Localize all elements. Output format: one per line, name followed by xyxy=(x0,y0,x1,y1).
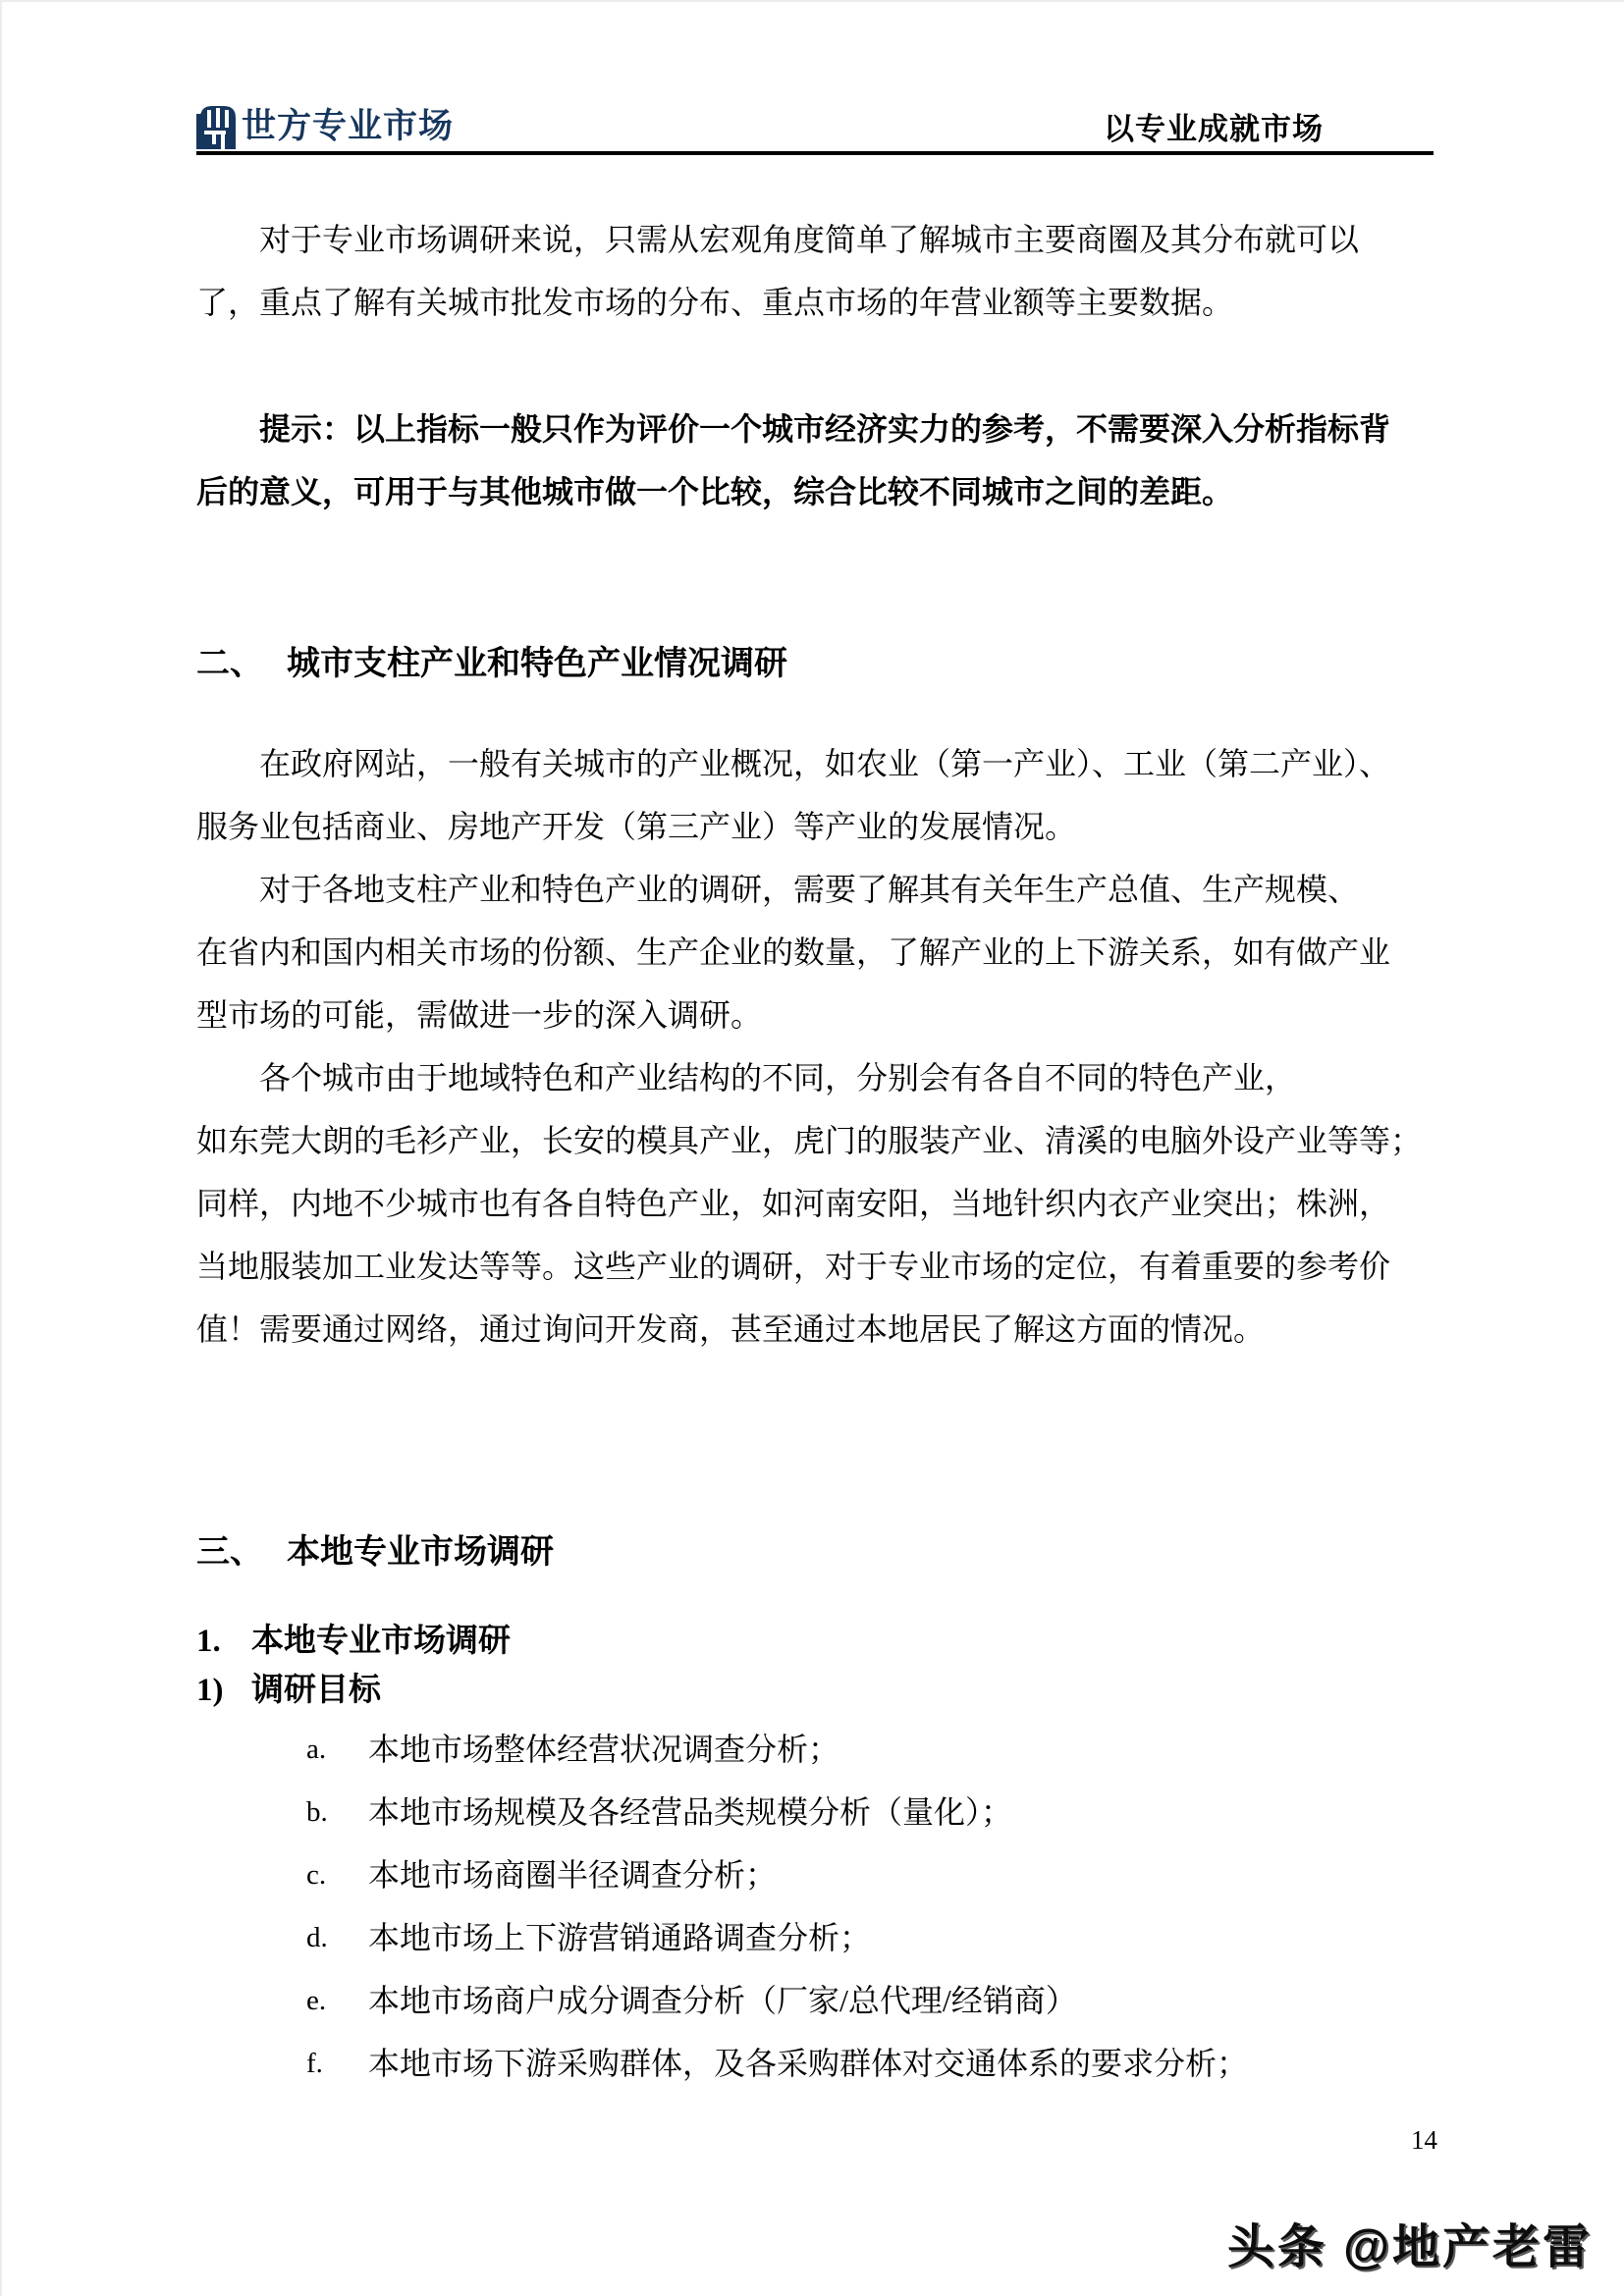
paragraph-line: 提示：以上指标一般只作为评价一个城市经济实力的参考，不需要深入分析指标背 xyxy=(196,398,1434,460)
company-logo: 世方专业市场 xyxy=(196,104,454,149)
subsection-heading-1: 1. 本地专业市场调研 xyxy=(196,1618,1434,1665)
list-item: b. 本地市场规模及各经营品类规模分析（量化）； xyxy=(306,1781,1434,1843)
paragraph-line: 当地服装加工业发达等等。这些产业的调研，对于专业市场的定位，有着重要的参考价 xyxy=(196,1235,1434,1298)
paragraph-line: 在省内和国内相关市场的份额、生产企业的数量，了解产业的上下游关系，如有做产业 xyxy=(196,921,1434,984)
paragraph-line: 对于各地支柱产业和特色产业的调研，需要了解其有关年生产总值、生产规模、 xyxy=(196,858,1434,921)
list-item-text: 本地市场规模及各经营品类规模分析（量化）； xyxy=(368,1781,1012,1843)
paragraph-line: 如东莞大朗的毛衫产业，长安的模具产业，虎门的服装产业、清溪的电脑外设产业等等； xyxy=(196,1109,1434,1172)
section-title: 本地专业市场调研 xyxy=(287,1529,554,1576)
header-slogan: 以专业成就市场 xyxy=(1104,110,1324,149)
list-item: f. 本地市场下游采购群体，及各采购群体对交通体系的要求分析； xyxy=(306,2032,1434,2095)
list-item-letter: e. xyxy=(306,1969,368,2032)
list-item: d. 本地市场上下游营销通路调查分析； xyxy=(306,1906,1434,1969)
section-title: 城市支柱产业和特色产业情况调研 xyxy=(287,641,787,688)
paragraph-line: 服务业包括商业、房地产开发（第三产业）等产业的发展情况。 xyxy=(196,795,1434,858)
shifang-logo-icon xyxy=(196,104,240,149)
page-number: 14 xyxy=(1411,2124,1437,2156)
section-heading-2: 二、 城市支柱产业和特色产业情况调研 xyxy=(196,641,1434,688)
subsection-number: 1) xyxy=(196,1667,251,1714)
subsection-number: 1. xyxy=(196,1618,251,1665)
list-item-letter: f. xyxy=(306,2032,368,2095)
section-number: 二、 xyxy=(196,641,287,688)
list-item-letter: d. xyxy=(306,1906,368,1969)
subsection-title: 本地专业市场调研 xyxy=(251,1618,511,1665)
list-item-text: 本地市场商圈半径调查分析； xyxy=(368,1843,777,1906)
toutiao-watermark: 头条 @地产老雷 xyxy=(1227,2209,1593,2276)
page-header: 世方专业市场 以专业成就市场 xyxy=(196,2,1434,155)
list-item: e. 本地市场商户成分调查分析（厂家/总代理/经销商） xyxy=(306,1969,1434,2032)
document-page: 世方专业市场 以专业成就市场 对于专业市场调研来说，只需从宏观角度简单了解城市主… xyxy=(0,0,1624,2296)
list-item-text: 本地市场整体经营状况调查分析； xyxy=(368,1718,839,1781)
paragraph-line: 对于专业市场调研来说，只需从宏观角度简单了解城市主要商圈及其分布就可以 xyxy=(196,208,1434,271)
subsection-heading-1-1: 1) 调研目标 xyxy=(196,1667,1434,1714)
list-item-letter: c. xyxy=(306,1843,368,1906)
list-item: a. 本地市场整体经营状况调查分析； xyxy=(306,1718,1434,1781)
list-item-letter: a. xyxy=(306,1718,368,1781)
paragraph-line: 值！需要通过网络，通过询问开发商，甚至通过本地居民了解这方面的情况。 xyxy=(196,1298,1434,1361)
section-number: 三、 xyxy=(196,1529,287,1576)
paragraph-line: 了，重点了解有关城市批发市场的分布、重点市场的年营业额等主要数据。 xyxy=(196,271,1434,334)
page-content: 世方专业市场 以专业成就市场 对于专业市场调研来说，只需从宏观角度简单了解城市主… xyxy=(2,2,1624,2095)
section-heading-3: 三、 本地专业市场调研 xyxy=(196,1529,1434,1576)
paragraph-line: 型市场的可能，需做进一步的深入调研。 xyxy=(196,984,1434,1046)
paragraph-intro: 对于专业市场调研来说，只需从宏观角度简单了解城市主要商圈及其分布就可以 了，重点… xyxy=(196,208,1434,334)
paragraph-gov-site: 在政府网站，一般有关城市的产业概况，如农业（第一产业）、工业（第二产业）、 服务… xyxy=(196,732,1434,858)
paragraph-tip: 提示：以上指标一般只作为评价一个城市经济实力的参考，不需要深入分析指标背 后的意… xyxy=(196,398,1434,523)
logo-text: 世方专业市场 xyxy=(242,104,454,149)
list-item-text: 本地市场商户成分调查分析（厂家/总代理/经销商） xyxy=(368,1969,1077,2032)
list-item-letter: b. xyxy=(306,1781,368,1843)
paragraph-line: 同样，内地不少城市也有各自特色产业，如河南安阳，当地针织内衣产业突出；株洲， xyxy=(196,1172,1434,1235)
research-goal-list: a. 本地市场整体经营状况调查分析； b. 本地市场规模及各经营品类规模分析（量… xyxy=(196,1718,1434,2095)
subsection-title: 调研目标 xyxy=(251,1667,381,1714)
paragraph-pillar-industry: 对于各地支柱产业和特色产业的调研，需要了解其有关年生产总值、生产规模、 在省内和… xyxy=(196,858,1434,1046)
paragraph-city-features: 各个城市由于地域特色和产业结构的不同，分别会有各自不同的特色产业， 如东莞大朗的… xyxy=(196,1046,1434,1361)
paragraph-line: 在政府网站，一般有关城市的产业概况，如农业（第一产业）、工业（第二产业）、 xyxy=(196,732,1434,795)
list-item-text: 本地市场上下游营销通路调查分析； xyxy=(368,1906,871,1969)
list-item-text: 本地市场下游采购群体，及各采购群体对交通体系的要求分析； xyxy=(368,2032,1248,2095)
paragraph-line: 后的意义，可用于与其他城市做一个比较，综合比较不同城市之间的差距。 xyxy=(196,460,1434,523)
paragraph-line: 各个城市由于地域特色和产业结构的不同，分别会有各自不同的特色产业， xyxy=(196,1046,1434,1109)
list-item: c. 本地市场商圈半径调查分析； xyxy=(306,1843,1434,1906)
